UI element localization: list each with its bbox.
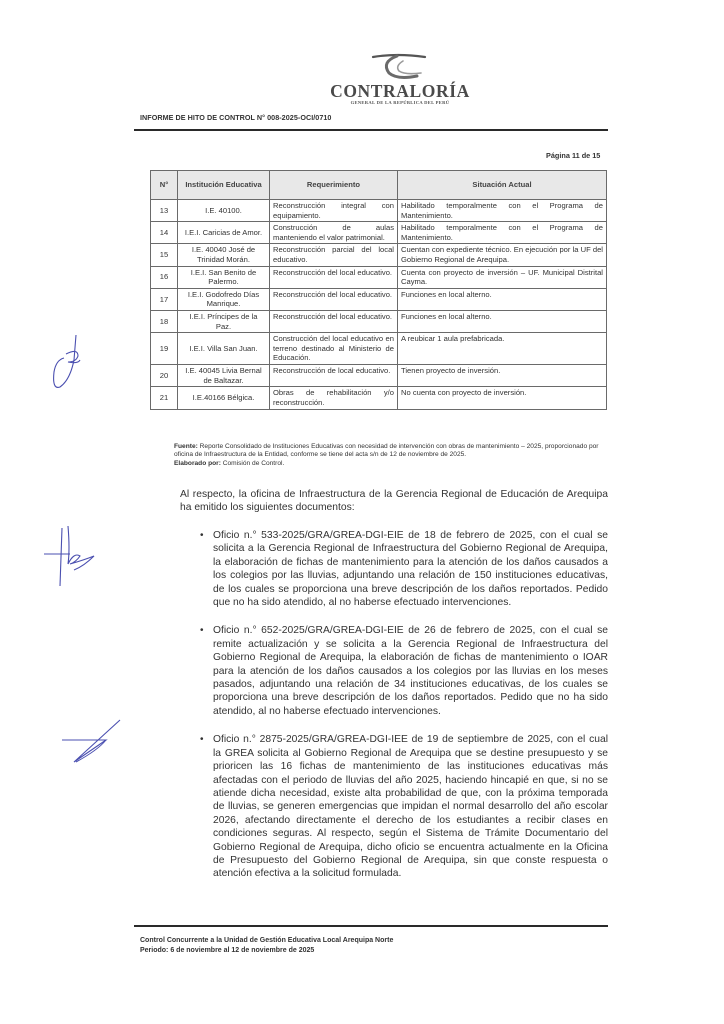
row-number: 13 [151,200,178,222]
list-item-text: Oficio n.° 652-2025/GRA/GREA-DGI-EIE de … [213,625,608,716]
row-number: 17 [151,288,178,310]
footer-line-2: Periodo: 6 de noviembre al 12 de noviemb… [140,946,393,956]
row-number: 21 [151,387,178,409]
source-text: Reporte Consolidado de Instituciones Edu… [174,443,598,458]
table-row: 18 I.E.I. Príncipes de la Paz. Reconstru… [151,310,607,332]
row-requirement: Reconstrucción del local educativo. [270,310,398,332]
contraloria-emblem-icon [367,52,433,82]
bullet-icon: • [200,529,204,542]
row-status: Funciones en local alterno. [398,288,607,310]
row-requirement: Reconstrucción de local educativo. [270,365,398,387]
row-status: Cuenta con proyecto de inversión – UF. M… [398,266,607,288]
table-row: 15 I.E. 40040 José de Trinidad Morán. Re… [151,244,607,266]
table-row: 17 I.E.I. Godofredo Días Manrique. Recon… [151,288,607,310]
column-header-requirement: Requerimiento [270,171,398,200]
contraloria-logo: CONTRALORÍA GENERAL DE LA REPÚBLICA DEL … [330,52,470,106]
signature-1-icon [48,332,88,392]
row-status: Funciones en local alterno. [398,310,607,332]
list-item-text: Oficio n.° 533-2025/GRA/GREA-DGI-EIE de … [213,530,608,608]
intro-paragraph: Al respecto, la oficina de Infraestructu… [180,488,608,515]
row-requirement: Construcción del local educativo en terr… [270,333,398,365]
row-requirement: Reconstrucción integral con equipamiento… [270,200,398,222]
row-number: 15 [151,244,178,266]
row-number: 19 [151,333,178,365]
prepared-by-label: Elaborado por: [174,460,221,467]
row-status: Tienen proyecto de inversión. [398,365,607,387]
column-header-status: Situación Actual [398,171,607,200]
source-label: Fuente: [174,443,198,450]
row-institution: I.E.I. Príncipes de la Paz. [178,310,270,332]
row-institution: I.E.I. San Benito de Palermo. [178,266,270,288]
row-institution: I.E.I. Caricias de Amor. [178,222,270,244]
row-requirement: Reconstrucción del local educativo. [270,288,398,310]
row-institution: I.E.I. Villa San Juan. [178,333,270,365]
footer-line-1: Control Concurrente a la Unidad de Gesti… [140,936,393,946]
institutions-table: N° Institución Educativa Requerimiento S… [150,170,607,410]
logo-subtitle: GENERAL DE LA REPÚBLICA DEL PERÚ [330,100,470,106]
row-requirement: Reconstrucción del local educativo. [270,266,398,288]
page-number: Página 11 de 15 [546,151,600,160]
documents-list: • Oficio n.° 533-2025/GRA/GREA-DGI-EIE d… [180,529,608,881]
row-institution: I.E. 40045 Livia Bernal de Baltazar. [178,365,270,387]
row-number: 16 [151,266,178,288]
row-status: Habilitado temporalmente con el Programa… [398,200,607,222]
row-status: Cuentan con expediente técnico. En ejecu… [398,244,607,266]
source-line: Fuente: Reporte Consolidado de Instituci… [174,443,608,460]
table-row: 21 I.E.40166 Bélgica. Obras de rehabilit… [151,387,607,409]
table-row: 20 I.E. 40045 Livia Bernal de Baltazar. … [151,365,607,387]
signature-2-icon [40,520,100,590]
row-institution: I.E.I. Godofredo Días Manrique. [178,288,270,310]
signature-3-icon [58,716,128,766]
table-row: 14 I.E.I. Caricias de Amor. Construcción… [151,222,607,244]
table-header-row: N° Institución Educativa Requerimiento S… [151,171,607,200]
prepared-by-text: Comisión de Control. [223,460,285,467]
logo-name: CONTRALORÍA [330,82,470,100]
prepared-by-line: Elaborado por: Comisión de Control. [174,460,608,468]
row-status: Habilitado temporalmente con el Programa… [398,222,607,244]
column-header-institution: Institución Educativa [178,171,270,200]
row-institution: I.E.40166 Bélgica. [178,387,270,409]
row-number: 14 [151,222,178,244]
row-number: 20 [151,365,178,387]
list-item: • Oficio n.° 652-2025/GRA/GREA-DGI-EIE d… [180,624,608,718]
row-institution: I.E. 40040 José de Trinidad Morán. [178,244,270,266]
list-item: • Oficio n.° 2875-2025/GRA/GREA-DGI-IEE … [180,733,608,880]
table-source-note: Fuente: Reporte Consolidado de Instituci… [174,443,608,468]
row-institution: I.E. 40100. [178,200,270,222]
report-id: INFORME DE HITO DE CONTROL N° 008-2025-O… [140,113,331,122]
bullet-icon: • [200,733,204,746]
header-divider [134,129,608,131]
row-status: A reubicar 1 aula prefabricada. [398,333,607,365]
table-row: 13 I.E. 40100. Reconstrucción integral c… [151,200,607,222]
column-header-number: N° [151,171,178,200]
row-requirement: Reconstrucción parcial del local educati… [270,244,398,266]
row-number: 18 [151,310,178,332]
table-row: 19 I.E.I. Villa San Juan. Construcción d… [151,333,607,365]
footer: Control Concurrente a la Unidad de Gesti… [140,936,393,955]
footer-divider [134,925,608,927]
table-row: 16 I.E.I. San Benito de Palermo. Reconst… [151,266,607,288]
row-status: No cuenta con proyecto de inversión. [398,387,607,409]
row-requirement: Obras de rehabilitación y/o reconstrucci… [270,387,398,409]
list-item-text: Oficio n.° 2875-2025/GRA/GREA-DGI-IEE de… [213,734,608,879]
bullet-icon: • [200,624,204,637]
list-item: • Oficio n.° 533-2025/GRA/GREA-DGI-EIE d… [180,529,608,609]
row-requirement: Construcción de aulas manteniendo el val… [270,222,398,244]
